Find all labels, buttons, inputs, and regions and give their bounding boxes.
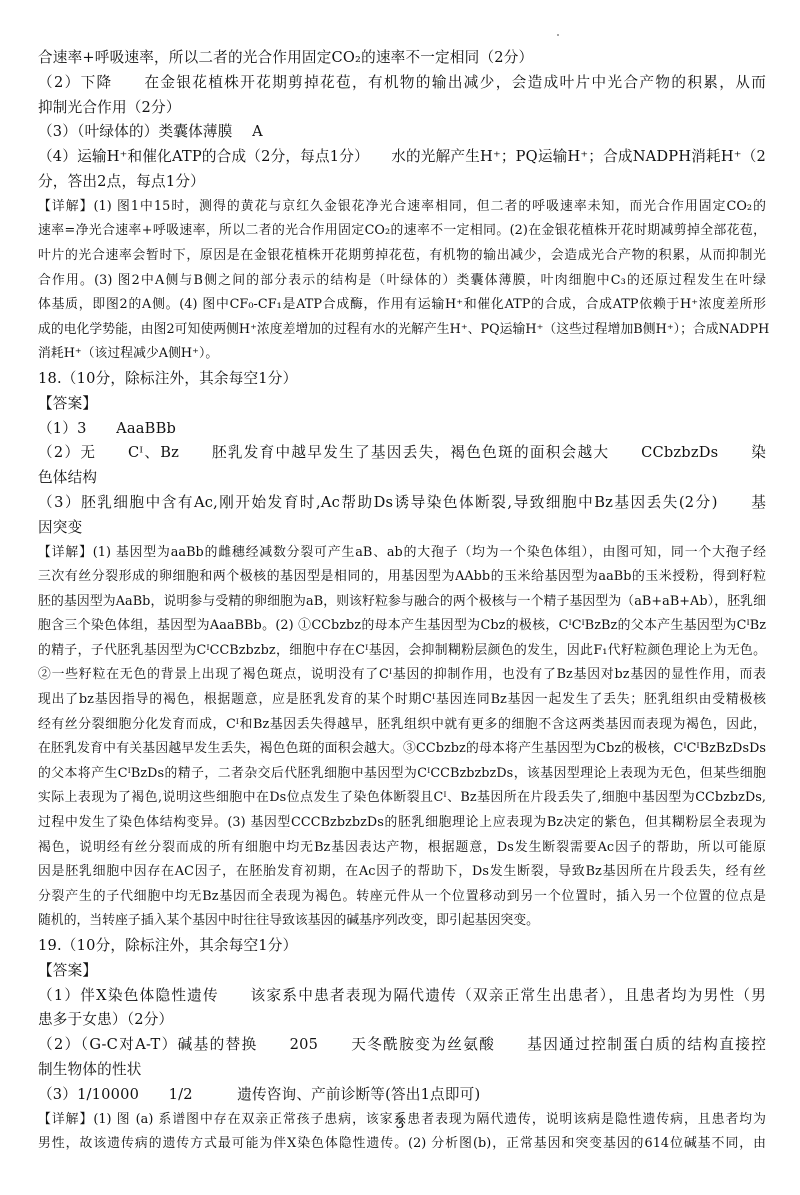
text-line: 三次有丝分裂形成的卵细胞和两个极核的基因型是相同的，用基因型为AAbb的玉米给基… [38, 565, 766, 590]
text-line: ②一些籽粒在无色的背景上出现了褐色斑点，说明没有了Cᴵ基因的抑制作用，也没有了B… [38, 663, 766, 688]
text-line: 随机的，当转座子插入某个基因中时往往导致该基因的碱基序列改变，即引起基因突变。 [38, 909, 766, 934]
document-page: 合速率+呼吸速率，所以二者的光合作用固定CO₂的速率不一定相同（2分）（2）下降… [0, 0, 800, 1195]
text-line: 【答案】 [38, 392, 766, 417]
text-line: 速率=净光合速率+呼吸速率，所以二者的光合作用固定CO₂的速率不一定相同。(2)… [38, 219, 766, 244]
page-number: 3 [0, 1116, 800, 1132]
text-line: 抑制光合作用（2分） [38, 96, 766, 121]
text-line: 在胚乳发育中有关基因越早发生丢失，褐色色斑的面积会越大。③CCbzbz的母本将产… [38, 737, 766, 762]
text-line: 19.（10分，除标注外，其余每空1分） [38, 934, 766, 959]
text-line: 分裂产生的子代细胞中均无Bz基因而全表现为褐色。转座元件从一个位置移动到另一个位… [38, 885, 766, 910]
text-line: 分，答出2点，每点1分） [38, 170, 766, 195]
text-line: （4）运输H⁺和催化ATP的合成（2分，每点1分） 水的光解产生H⁺；PQ运输H… [38, 145, 766, 170]
scan-speck [557, 34, 559, 36]
text-line: 因突变 [38, 516, 766, 541]
text-line: 【详解】(1) 基因型为aaBb的雌穗经减数分裂可产生aB、ab的大孢子（均为一… [38, 541, 766, 566]
text-line: 【详解】(1) 图1中15时，测得的黄花与京红久金银花净光合速率相同，但二者的呼… [38, 195, 766, 220]
text-line: 叶片的光合速率会暂时下，原因是在金银花植株开花期剪掉花苞，有机物的输出减少，会造… [38, 244, 766, 269]
text-line: （1）伴X染色体隐性遗传 该家系中患者表现为隔代遗传（双亲正常生出患者），且患者… [38, 984, 766, 1009]
text-line: 现出了bz基因指导的褐色，根据题意，应是胚乳发育的某个时期Cᴵ基因连同Bz基因一… [38, 688, 766, 713]
text-line: 因是胚乳细胞中因存在AC因子，在胚胎发育初期，在Ac因子的帮助下，Ds发生断裂，… [38, 860, 766, 885]
text-line: （3）1/10000 1/2 遗传咨询、产前诊断等(答出1点即可) [38, 1083, 766, 1108]
text-line: 18.（10分，除标注外，其余每空1分） [38, 367, 766, 392]
text-line: 患多于女患）（2分） [38, 1008, 766, 1033]
text-line: （2）下降 在金银花植株开花期剪掉花苞，有机物的输出减少，会造成叶片中光合产物的… [38, 71, 766, 96]
text-line: 制生物体的性状 [38, 1058, 766, 1083]
text-line: 经有丝分裂细胞分化发育而成，Cᴵ和Bz基因丢失得越早，胚乳组织中就有更多的细胞不… [38, 713, 766, 738]
text-line: 色体结构 [38, 466, 766, 491]
text-line: 【答案】 [38, 959, 766, 984]
text-line: 的父本将产生CᴵBzDs的精子，二者杂交后代胚乳细胞中基因型为CᴵCCBzbzb… [38, 762, 766, 787]
text-line: 合速率+呼吸速率，所以二者的光合作用固定CO₂的速率不一定相同（2分） [38, 46, 766, 71]
text-line: 体基质，即图2的A侧。(4) 图中CF₀-CF₁是ATP合成酶，作用有运输H⁺和… [38, 293, 766, 318]
text-line: 合作用。(3) 图2中A侧与B侧之间的部分表示的结构是（叶绿体的）类囊体薄膜，叶… [38, 269, 766, 294]
text-line: （3）（叶绿体的）类囊体薄膜 A [38, 120, 766, 145]
text-line: （2）无 Cᴵ、Bz 胚乳发育中越早发生了基因丢失，褐色色斑的面积会越大 CCb… [38, 441, 766, 466]
text-line: （3）胚乳细胞中含有Ac,刚开始发育时,Ac帮助Ds诱导染色体断裂,导致细胞中B… [38, 491, 766, 516]
text-line: （1）3 AaaBBb [38, 417, 766, 442]
text-line: 成的电化学势能，由图2可知使两侧H⁺浓度差增加的过程有水的光解产生H⁺、PQ运输… [38, 318, 766, 343]
text-line: 消耗H⁺（该过程减少A侧H⁺）。 [38, 342, 766, 367]
document-body: 合速率+呼吸速率，所以二者的光合作用固定CO₂的速率不一定相同（2分）（2）下降… [38, 46, 766, 1157]
text-line: 胞含三个染色体组，基因型为AaaBBb。(2) ①CCbzbz的母本产生基因型为… [38, 614, 766, 639]
text-line: （2）（G-C对A-T）碱基的替换 205 天冬酰胺变为丝氨酸 基因通过控制蛋白… [38, 1033, 766, 1058]
text-line: 褐色，说明经有丝分裂而成的所有细胞中均无Bz基因表达产物，根据题意，Ds发生断裂… [38, 836, 766, 861]
text-line: 男性，故该遗传病的遗传方式最可能为伴X染色体隐性遗传。(2) 分析图(b)，正常… [38, 1132, 766, 1157]
text-line: 的精子，子代胚乳基因型为CᴵCCBzbzbz，细胞中存在Cᴵ基因，会抑制糊粉层颜… [38, 639, 766, 664]
text-line: 实际上表现为了褐色,说明这些细胞中在Ds位点发生了染色体断裂且Cᴵ、Bz基因所在… [38, 786, 766, 811]
text-line: 过程中发生了染色体结构变异。(3) 基因型CCCBzbzbzDs的胚乳细胞理论上… [38, 811, 766, 836]
text-line: 胚的基因型为AaBb，说明参与受精的卵细胞为aB，则该籽粒参与融合的两个极核与一… [38, 590, 766, 615]
